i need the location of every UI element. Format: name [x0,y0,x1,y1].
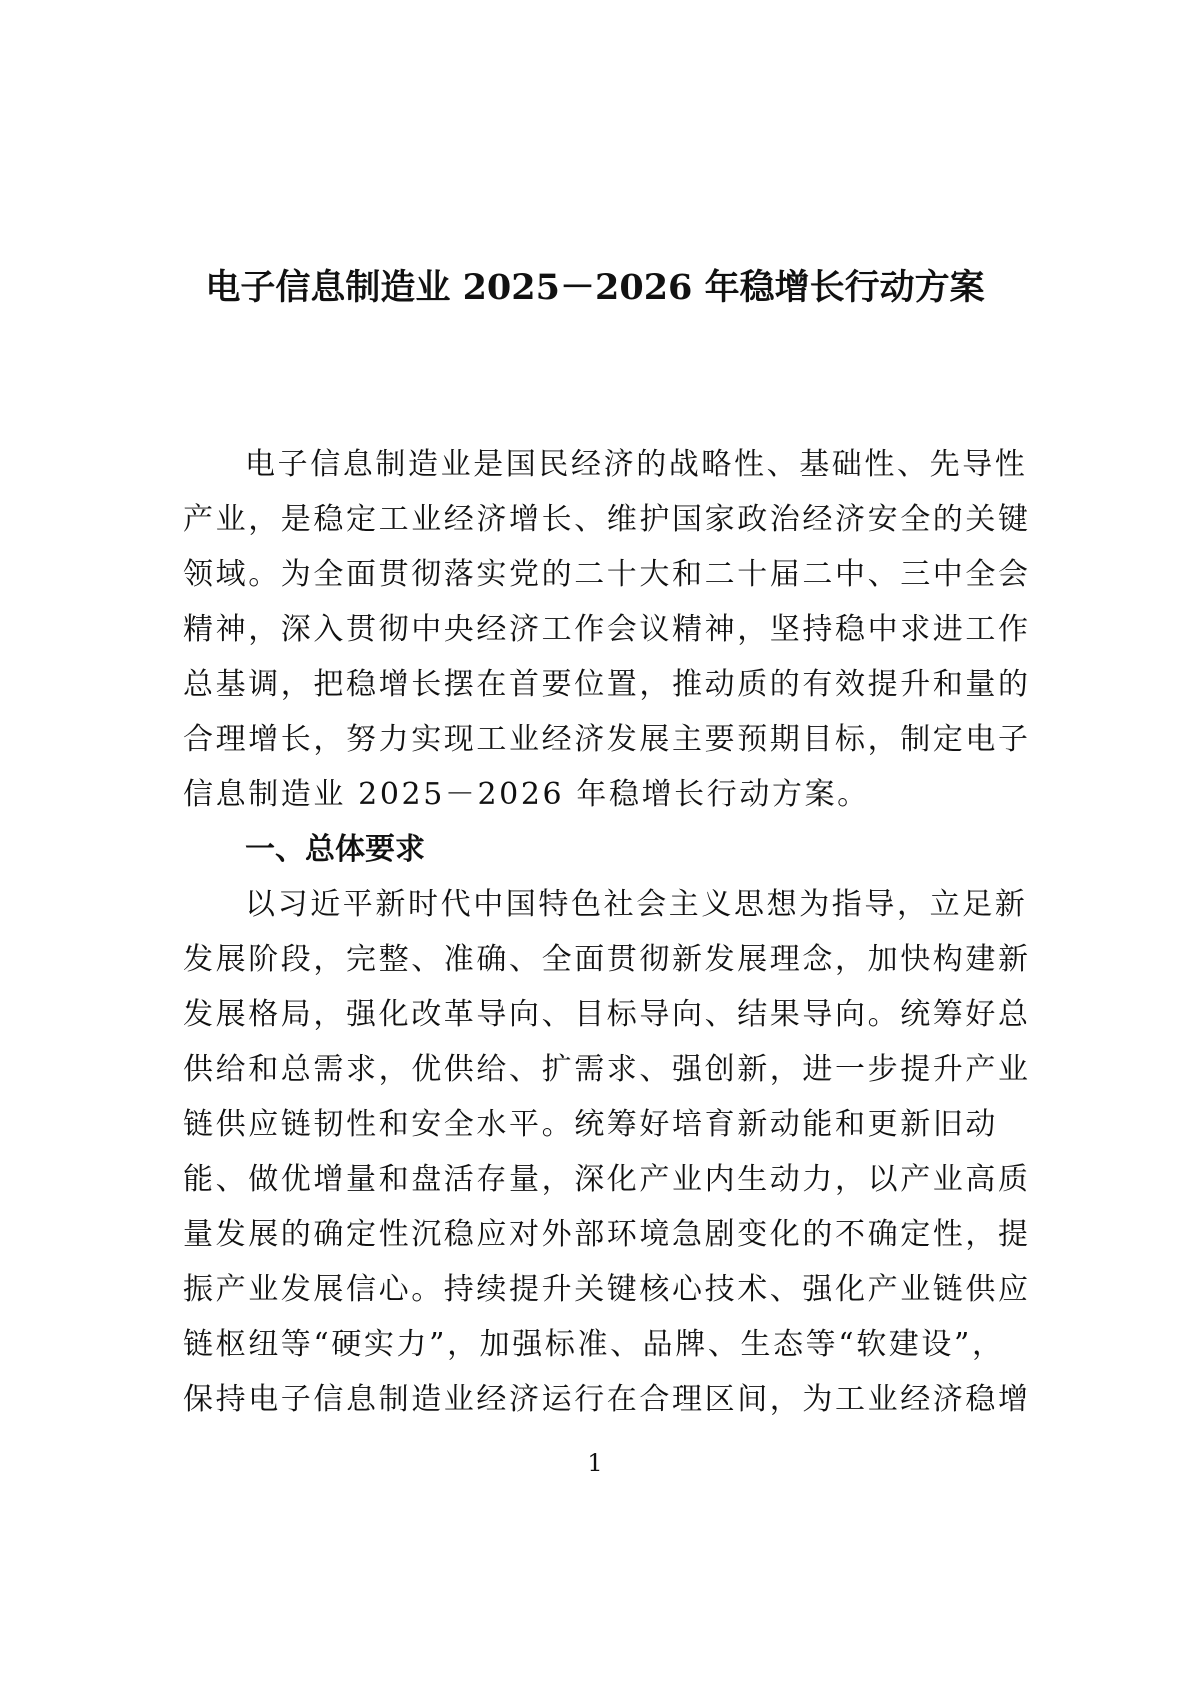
section-paragraph-line: 以习近平新时代中国特色社会主义思想为指导，立足新 [245,887,1075,923]
intro-paragraph-line: 领域。为全面贯彻落实党的二十大和二十届二中、三中全会 [183,557,1013,593]
section-paragraph-line: 发展阶段，完整、准确、全面贯彻新发展理念，加快构建新 [183,942,1013,978]
intro-paragraph-line: 产业，是稳定工业经济增长、维护国家政治经济安全的关键 [183,502,1013,538]
intro-paragraph-line: 电子信息制造业是国民经济的战略性、基础性、先导性 [245,447,1075,483]
document-page: 电子信息制造业 2025－2026 年稳增长行动方案 电子信息制造业是国民经济的… [0,0,1190,1683]
section-paragraph-line: 量发展的确定性沉稳应对外部环境急剧变化的不确定性，提 [183,1217,1013,1253]
section-paragraph-line: 链枢纽等“硬实力”，加强标准、品牌、生态等“软建设”， [183,1327,1013,1363]
intro-paragraph-line: 合理增长，努力实现工业经济发展主要预期目标，制定电子 [183,722,1013,758]
intro-paragraph-line: 精神，深入贯彻中央经济工作会议精神，坚持稳中求进工作 [183,612,1013,648]
section-heading-general-requirements: 一、总体要求 [245,832,425,868]
section-paragraph-line: 保持电子信息制造业经济运行在合理区间，为工业经济稳增 [183,1382,1013,1418]
section-paragraph-line: 发展格局，强化改革导向、目标导向、结果导向。统筹好总 [183,997,1013,1033]
page-number: 1 [0,1448,1190,1478]
section-paragraph-line: 供给和总需求，优供给、扩需求、强创新，进一步提升产业 [183,1052,1013,1088]
document-title: 电子信息制造业 2025－2026 年稳增长行动方案 [0,268,1190,308]
intro-paragraph-line: 总基调，把稳增长摆在首要位置，推动质的有效提升和量的 [183,667,1013,703]
intro-paragraph-line: 信息制造业 2025－2026 年稳增长行动方案。 [183,777,1013,813]
section-paragraph-line: 能、做优增量和盘活存量，深化产业内生动力，以产业高质 [183,1162,1013,1198]
section-paragraph-line: 振产业发展信心。持续提升关键核心技术、强化产业链供应 [183,1272,1013,1308]
section-paragraph-line: 链供应链韧性和安全水平。统筹好培育新动能和更新旧动 [183,1107,1013,1143]
